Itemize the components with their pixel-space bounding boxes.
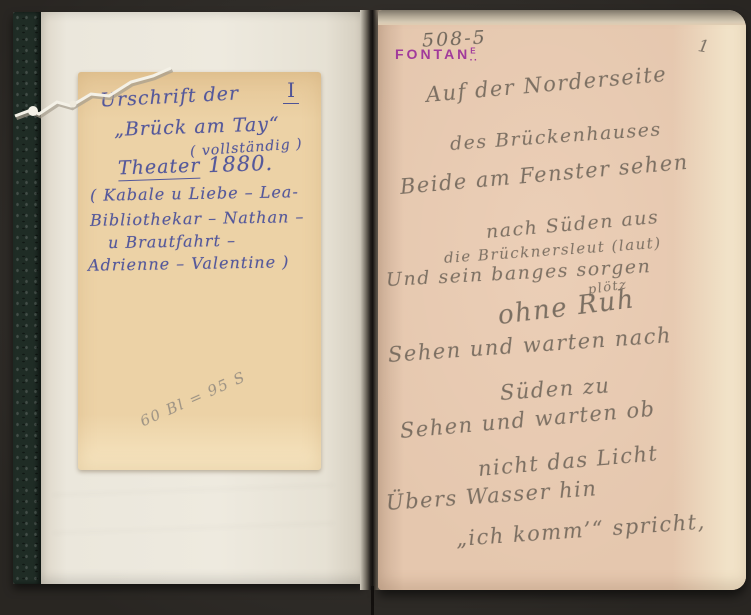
handwriting-line: „ich komm’“ spricht,	[455, 510, 706, 551]
handwriting-line: Sehen und warten ob	[399, 397, 656, 443]
stamp-dots: ··	[470, 55, 479, 66]
pasted-label: I Urschrift der „Brück am Tay“ ( vollstä…	[78, 72, 321, 470]
handwriting-line: Auf der Norderseite	[425, 62, 668, 107]
label-repertoire-line: Adrienne – Valentine )	[88, 252, 290, 275]
ink-bleedthrough-traces	[53, 480, 334, 560]
handwriting-line: Beide am Fenster sehen	[399, 150, 690, 199]
handwriting-line: nicht das Licht	[477, 441, 659, 481]
notebook-scan-photo: I Urschrift der „Brück am Tay“ ( vollstä…	[0, 0, 751, 615]
page-number: 1	[696, 36, 712, 58]
label-repertoire-line: Bibliothekar – Nathan –	[90, 207, 305, 230]
handwriting-line: Sehen und warten nach	[387, 323, 673, 367]
handwriting-line: Übers Wasser hin	[385, 476, 598, 515]
right-page-paper: FONTANE·· 508-5 1 Auf der Norderseite de…	[378, 25, 746, 590]
label-theater-word: Theater	[118, 155, 201, 182]
label-line-work-title: „Brück am Tay“	[114, 113, 280, 141]
right-page: FONTANE·· 508-5 1 Auf der Norderseite de…	[378, 10, 746, 590]
handwriting-line: Süden zu	[499, 373, 611, 405]
gutter-gap	[371, 586, 374, 615]
roman-numeral: I	[283, 78, 299, 104]
handwriting-line: des Brückenhauses	[449, 118, 662, 155]
label-year: 1880.	[208, 151, 274, 177]
handwriting-line: ohne Ruh	[496, 284, 637, 331]
label-repertoire-line: u Brautfahrt –	[108, 231, 236, 252]
left-page: I Urschrift der „Brück am Tay“ ( vollstä…	[13, 12, 364, 584]
label-line-title: Urschrift der	[100, 82, 240, 111]
label-repertoire-line: ( Kabale u Liebe – Lea-	[90, 182, 299, 205]
pencil-shelfmark: 508-5	[421, 26, 487, 51]
label-pencil-extent-note: 60 Bl = 95 S	[137, 368, 248, 431]
spine-cloth-strip	[13, 12, 41, 584]
page-top-edge	[378, 10, 746, 25]
